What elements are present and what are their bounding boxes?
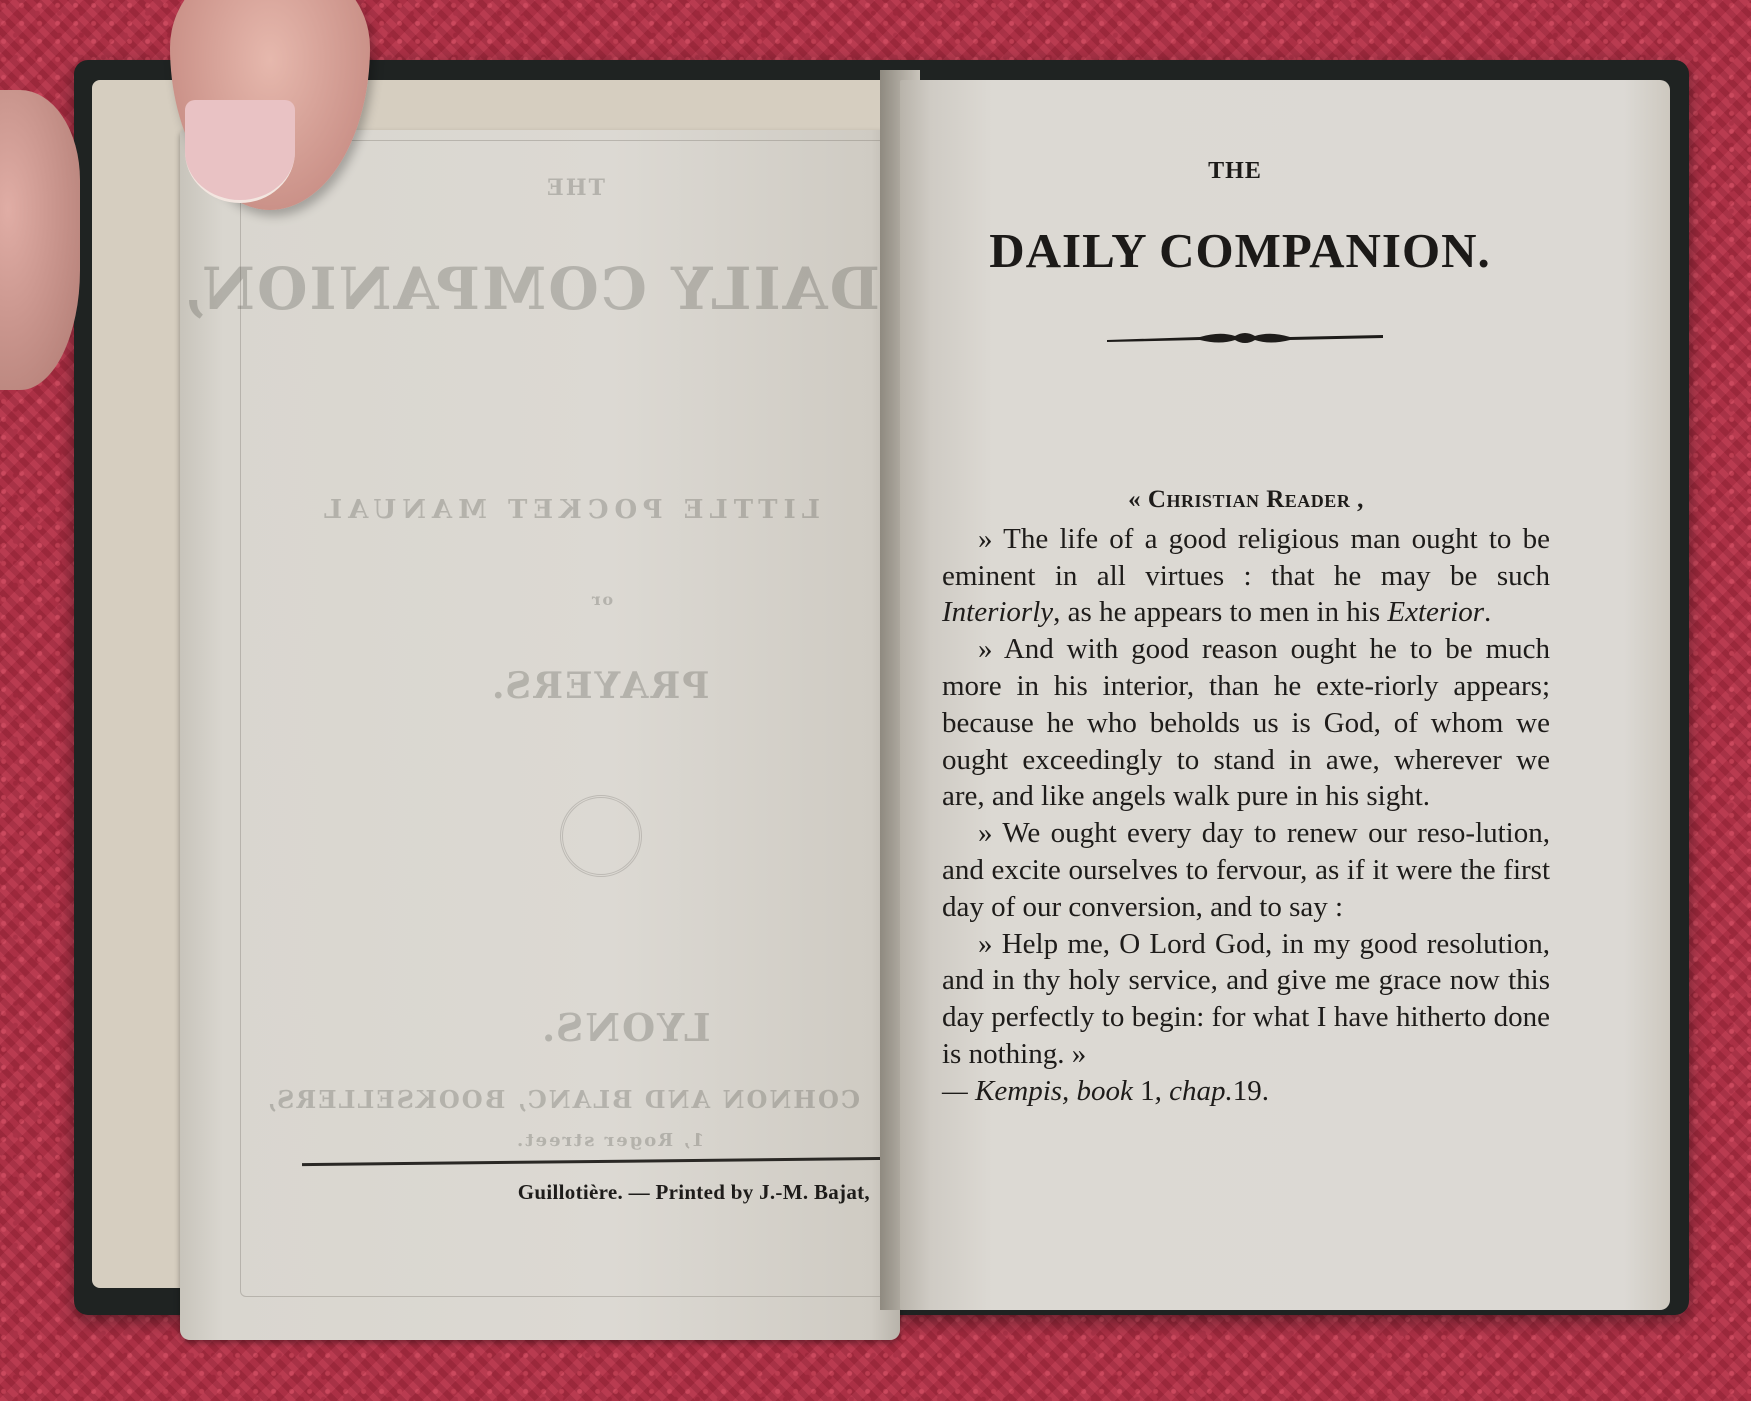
page-header-the: THE xyxy=(1100,158,1370,185)
quote-mark: » xyxy=(978,633,1004,665)
printer-imprint: Guillotière. — Printed by J.-M. Bajat, xyxy=(300,1180,870,1205)
bleed-through-publisher: COHNON AND BLANC, BOOKSELLERS, xyxy=(300,1085,860,1114)
paragraph-text: Help me, O Lord God, in my good resoluti… xyxy=(942,928,1550,1070)
bleed-through-the: THE xyxy=(545,175,605,201)
paragraph-text: The life of a good religious man ought t… xyxy=(942,523,1550,592)
bleed-through-title: DAILY COMPANION, xyxy=(300,255,880,323)
bleed-through-or: or xyxy=(590,590,613,609)
attribution-book-label: , book xyxy=(1062,1075,1140,1107)
paragraph-text: , as he appears to men in his xyxy=(1053,596,1387,628)
paragraph-4: » Help me, O Lord God, in my good resolu… xyxy=(942,926,1550,1073)
attribution-end: . xyxy=(1262,1075,1269,1107)
thumbnail-nail xyxy=(185,100,295,203)
ornamental-rule-icon xyxy=(1105,328,1385,348)
attribution: — Kempis, book 1, chap.19. xyxy=(942,1073,1550,1110)
italic-word: Interiorly xyxy=(942,596,1053,628)
paragraph-2: » And with good reason ought he to be mu… xyxy=(942,631,1550,815)
paragraph-text: We ought every day to renew our reso-lut… xyxy=(942,817,1550,923)
bleed-through-prayers: PRAYERS. xyxy=(490,665,709,707)
paragraph-1: » The life of a good religious man ought… xyxy=(942,521,1550,631)
attribution-author: Kempis xyxy=(975,1075,1062,1107)
bleed-through-subtitle: LITTLE POCKET MANUAL xyxy=(340,495,820,525)
quote-mark: » xyxy=(978,523,1003,555)
bleed-through-address: 1, Roger street. xyxy=(515,1130,704,1151)
page-title: DAILY COMPANION. xyxy=(980,222,1500,279)
bleed-through-city: LYONS. xyxy=(540,1005,711,1050)
bleed-through-seal-icon xyxy=(560,795,642,877)
preface-text: « Christian Reader , » The life of a goo… xyxy=(942,482,1550,1110)
attribution-book-number: 1 xyxy=(1140,1075,1155,1107)
attribution-chapter-number: 19 xyxy=(1233,1075,1262,1107)
attribution-dash: — xyxy=(942,1075,975,1107)
paragraph-text: . xyxy=(1484,596,1491,628)
italic-word: Exterior xyxy=(1387,596,1484,628)
salutation: « Christian Reader , xyxy=(942,482,1550,519)
paragraph-3: » We ought every day to renew our reso-l… xyxy=(942,815,1550,925)
quote-mark: » xyxy=(978,928,1002,960)
attribution-chapter-label: , chap. xyxy=(1155,1075,1233,1107)
quote-mark: » xyxy=(978,817,1002,849)
paragraph-text: And with good reason ought he to be much… xyxy=(942,633,1550,812)
